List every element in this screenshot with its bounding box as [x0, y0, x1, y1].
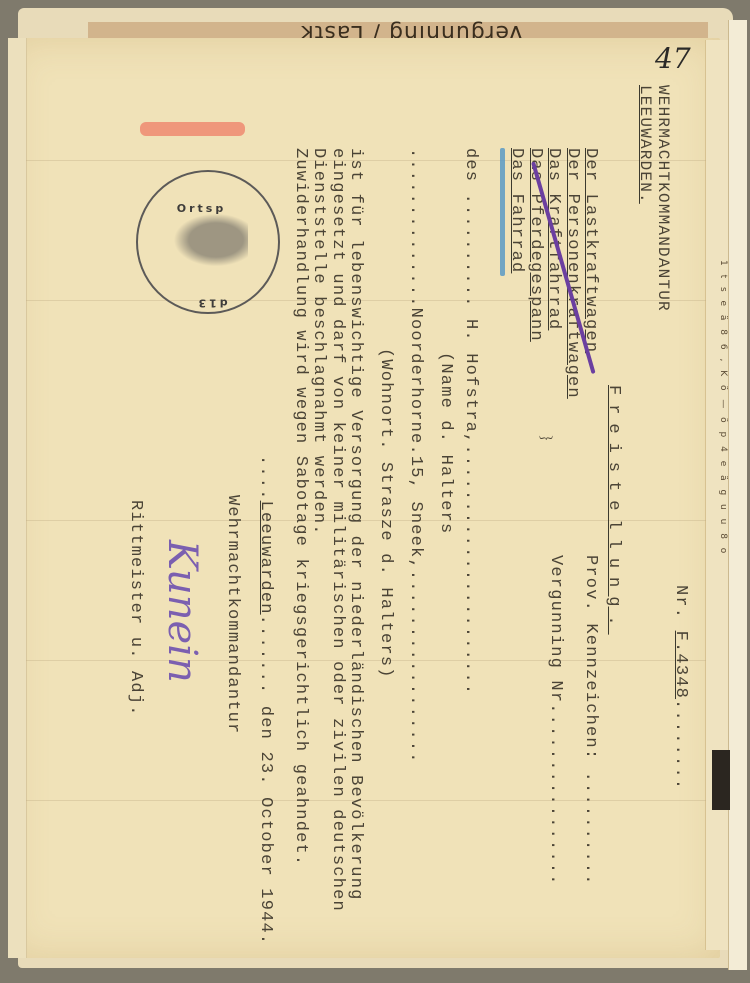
holder-address-caption: (Wohnort. Strasze d. Halters) — [376, 348, 395, 679]
prov-kennzeichen: Prov. Kennzeichen: .......... — [581, 555, 600, 886]
holder-address: Noorderhorne.15, Sneek, — [406, 308, 425, 570]
vehicle-type-5: Das Fahrrad — [507, 148, 526, 273]
number-dots: ........ — [671, 699, 690, 790]
handwritten-signature: Kunein — [159, 540, 205, 683]
rotated-document: WEHRMACHTKOMMANDANTUR LEEUWARDEN. Nr. F.… — [0, 0, 750, 983]
name-dots: des .......... — [461, 148, 480, 308]
body-line-4: Zuwiderhandlung wird wegen Sabotage krie… — [291, 148, 310, 866]
stamp-text-top: Ortsp — [177, 202, 226, 215]
prov-kennzeichen-label: Prov. Kennzeichen: — [581, 555, 600, 760]
vergunning-label: Vergunning Nr. — [546, 555, 565, 715]
blue-pencil-mark — [500, 148, 505, 276]
holder-name-caption: (Name d. Halters — [436, 352, 455, 534]
holder-name-line: des .......... H. Hofstra,..............… — [461, 148, 480, 695]
place-trailing-dots: ....... — [256, 615, 275, 695]
holder-name: H. Hofstra, — [461, 319, 480, 444]
eagle-emblem-icon — [168, 210, 248, 270]
official-stamp: Ortsp d13 — [136, 170, 280, 314]
number-label: Nr. — [671, 585, 690, 619]
holder-address-line: ..............Noorderhorne.15, Sneek,...… — [406, 148, 425, 764]
office-line-2: LEEUWARDEN. — [636, 85, 654, 204]
vergunning: Vergunning Nr................ — [546, 555, 565, 886]
stamp-text-bottom: d13 — [195, 297, 227, 310]
body-line-2: eingesetzt und darf von keiner militäris… — [328, 148, 347, 912]
red-pencil-mark — [140, 122, 245, 136]
vehicle-brace: ﹜ — [534, 428, 564, 449]
address-dots: .............. — [406, 148, 425, 308]
place-date-line: ....Leeuwarden....... den 23. October 19… — [256, 455, 275, 945]
document-title: Freistellung. — [604, 385, 623, 635]
place-dots: .... — [256, 455, 275, 501]
number-value: F.4348 — [671, 631, 690, 699]
office-line-1: WEHRMACHTKOMMANDANTUR — [654, 85, 672, 312]
name-trailing-dots: ...................... — [461, 444, 480, 695]
date: den 23. October 1944. — [256, 706, 275, 945]
signature-rank: Rittmeister u. Adj. — [126, 500, 145, 717]
prov-kennzeichen-value: .......... — [581, 772, 600, 886]
place: Leeuwarden — [256, 501, 275, 615]
document-number: Nr. F.4348........ — [671, 585, 690, 790]
signature-office: Wehrmachtkommandantur — [223, 495, 242, 734]
vehicle-type-1: Der Lastkraftwagen — [581, 148, 600, 353]
vergunning-value: ............... — [546, 715, 565, 886]
address-trailing-dots: ................. — [406, 570, 425, 764]
body-line-1: ist für lebenswichtige Versorgung der ni… — [346, 148, 365, 901]
body-line-3: Dienststelle beschlagnahmt werden. — [309, 148, 328, 536]
